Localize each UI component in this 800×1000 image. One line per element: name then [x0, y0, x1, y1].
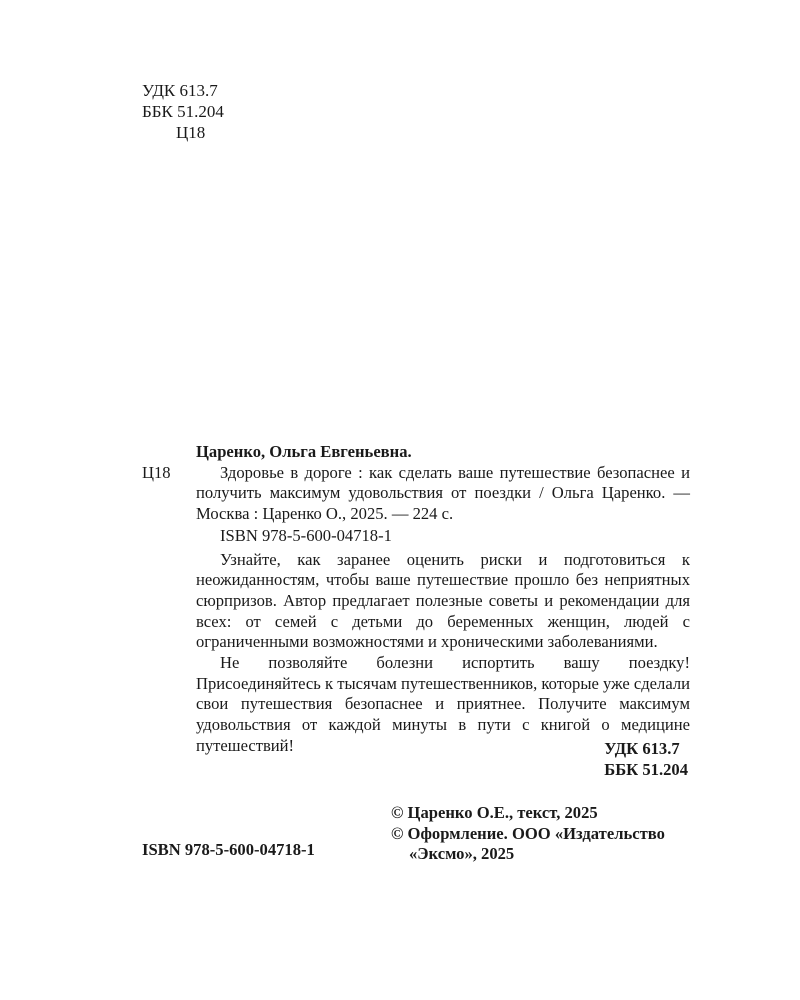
description-row: Ц18 Здоровье в дороге : как сделать ваше… [142, 463, 690, 525]
udk-code: УДК 613.7 [142, 80, 224, 101]
isbn-catalog: ISBN 978-5-600-04718-1 [220, 526, 690, 547]
catalog-record: Царенко, Ольга Евгеньевна. Ц18 Здоровье … [142, 442, 690, 757]
annotation-paragraph-1: Узнайте, как заранее оценить риски и под… [196, 550, 690, 654]
bibliographic-description: Здоровье в дороге : как сделать ваше пут… [196, 463, 690, 525]
bbk-code-bottom: ББК 51.204 [604, 759, 688, 780]
book-imprint-page: УДК 613.7 ББК 51.204 Ц18 Царенко, Ольга … [0, 0, 800, 1000]
bbk-code: ББК 51.204 [142, 101, 224, 122]
copyright-notices: © Царенко О.Е., текст, 2025 © Оформление… [391, 803, 665, 865]
annotation: Узнайте, как заранее оценить риски и под… [196, 550, 690, 757]
copyright-design-cont: «Эксмо», 2025 [391, 844, 665, 865]
udk-code-bottom: УДК 613.7 [604, 738, 688, 759]
isbn-bottom: ISBN 978-5-600-04718-1 [142, 839, 315, 860]
description-text: Здоровье в дороге : как сделать ваше пут… [196, 463, 690, 525]
copyright-text: © Царенко О.Е., текст, 2025 [391, 803, 665, 824]
copyright-design: © Оформление. ООО «Издательство [391, 824, 665, 845]
classification-codes-top: УДК 613.7 ББК 51.204 Ц18 [142, 80, 224, 143]
classification-codes-bottom: УДК 613.7 ББК 51.204 [604, 738, 688, 780]
author-mark: Ц18 [142, 122, 224, 143]
author-mark-inline: Ц18 [142, 463, 196, 525]
author-heading: Царенко, Ольга Евгеньевна. [196, 442, 690, 463]
